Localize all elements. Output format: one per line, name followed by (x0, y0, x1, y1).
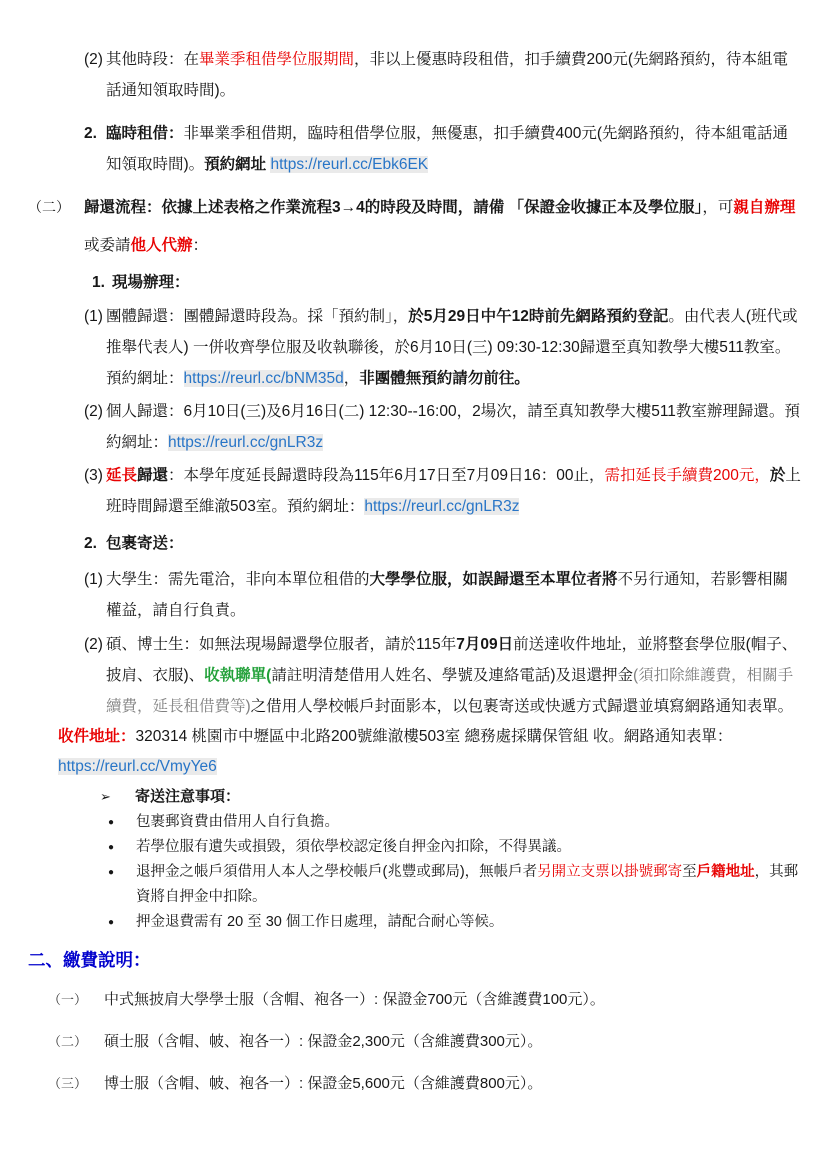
list-marker: 1. (92, 267, 112, 298)
bullet-icon: ● (108, 810, 136, 835)
list-marker: （二） (48, 1026, 104, 1057)
text-run-red-bold: 親自辦理 (733, 199, 795, 216)
heading-parcel-shipping: 2.包裹寄送： (0, 528, 801, 559)
heading-return-process: （二）歸還流程：依據上述表格之作業流程3→4的時段及時間，請備 「保證金收據正本… (0, 188, 801, 265)
list-marker: (2) (84, 44, 106, 75)
text-run: 320314 桃園市中壢區中北路200號維澈樓503室 總務處採購保管組 收。網… (136, 728, 733, 745)
heading-onsite-handling: 1.現場辦理： (0, 267, 801, 298)
text-run-red-bold: 他人代辦 (131, 237, 193, 254)
text-run-bold: 二、繳費說明： (28, 950, 151, 970)
text-run: 若學位服有遺失或損毀，須依學校認定後自押金內扣除，不得異議。 (136, 839, 571, 855)
list-marker: （三） (48, 1068, 104, 1099)
text-run: ： (193, 237, 209, 254)
text-run-red: 畢業季租借學位服期間 (199, 51, 354, 68)
para-undergrad: (1)大學生：需先電洽，非向本單位租借的大學學位服，如誤歸還至本單位者將不另行通… (0, 564, 801, 626)
para-grad-phd: (2)碩、博士生：如無法現場歸還學位服者，請於115年7月09日前送達收件地址，… (0, 629, 801, 722)
text-run: 團體歸還：團體歸還時段為。採「預約制」， (106, 308, 408, 325)
text-run: 其他時段：在 (106, 51, 199, 68)
fee-bachelor: （一）中式無披肩大學學士服（含帽、袍各一）: 保證金700元（含維護費100元）… (0, 984, 801, 1015)
text-run: 退押金之帳戶須借用人本人之學校帳戶(兆豐或郵局)，無帳戶者 (136, 864, 537, 880)
text-run-bold: 預約網址 (204, 156, 270, 173)
link-extended-return-reservation[interactable]: https://reurl.cc/gnLR3z (364, 498, 519, 515)
text-run-bold: 於 (770, 467, 786, 484)
link-group-return-reservation[interactable]: https://reurl.cc/bNM35d (184, 370, 344, 387)
text-run: ， (344, 370, 360, 387)
para-extended-return: (3)延長歸還：本學年度延長歸還時段為115年6月17日至7月09日16：00止… (0, 460, 801, 522)
list-marker: (1) (84, 301, 106, 332)
text-run-bold: 寄送注意事項： (135, 788, 240, 805)
text-run-bold: 包裹寄送： (106, 535, 184, 552)
list-marker: (1) (84, 564, 106, 595)
text-run: 包裹郵資費由借用人自行負擔。 (136, 814, 339, 830)
text-run-red: 需扣延長手續費200元， (604, 467, 769, 484)
text-run-bold: 於5月29日中午12時前先網路預約登記 (408, 308, 668, 325)
bullet-refund-account: ●退押金之帳戶須借用人本人之學校帳戶(兆豐或郵局)，無帳戶者另開立支票以掛號郵寄… (0, 860, 801, 910)
text-run-bold: 大學學位服，如誤歸還至本單位者將 (370, 571, 618, 588)
text-run: ：本學年度延長歸還時段為115年6月17日至7月09日16：00止， (168, 467, 604, 484)
document-body: (2)其他時段：在畢業季租借學位服期間，非以上優惠時段租借，扣手續費200元(先… (0, 0, 827, 1099)
text-run: 請註明清楚借用人姓名、學號及連絡電話)及退還押金 (271, 667, 633, 684)
text-run: 博士服（含帽、帔、袍各一）: 保證金5,600元（含維護費800元）。 (104, 1075, 542, 1092)
text-run: 押金退費需有 20 至 30 個工作日處理，請配合耐心等候。 (136, 914, 503, 930)
list-marker: (3) (84, 460, 106, 491)
text-run: ，可 (702, 199, 733, 216)
list-marker: (2) (84, 629, 106, 660)
text-run-bold: 歸還 (137, 467, 168, 484)
bullet-icon: ● (108, 835, 136, 860)
link-temp-rental-reservation[interactable]: https://reurl.cc/Ebk6EK (270, 156, 428, 173)
text-run-bold: 現場辦理： (112, 274, 190, 291)
bullet-icon: ● (108, 860, 136, 885)
list-marker: 2. (84, 528, 106, 559)
text-run: 大學生：需先電洽，非向本單位租借的 (106, 571, 370, 588)
link-individual-return-reservation[interactable]: https://reurl.cc/gnLR3z (168, 434, 323, 451)
bullet-icon: ● (108, 910, 136, 935)
text-run-bold: 非團體無預約請勿前往。 (359, 370, 530, 387)
text-run-bold: 7月09日 (456, 636, 513, 653)
heading-payment: 二、繳費說明： (28, 945, 801, 975)
text-run: 或委請 (84, 237, 131, 254)
text-run: 中式無披肩大學學士服（含帽、袍各一）: 保證金700元（含維護費100元）。 (104, 991, 605, 1008)
text-run-green-bold: 收執聯單( (204, 667, 271, 684)
arrow-bullet-icon: ➢ (100, 784, 135, 810)
para-individual-return: (2)個人歸還：6月10日(三)及6月16日(二) 12:30--16:00，2… (0, 396, 801, 458)
text-run-bold: 臨時租借： (106, 125, 184, 142)
text-run-red-bold: 戶籍地址 (697, 864, 755, 880)
link-online-notification-form[interactable]: https://reurl.cc/VmyYe6 (58, 758, 217, 775)
document-page: (2)其他時段：在畢業季租借學位服期間，非以上優惠時段租借，扣手續費200元(先… (0, 0, 827, 1170)
bullet-refund-processing: ●押金退費需有 20 至 30 個工作日處理，請配合耐心等候。 (0, 910, 801, 935)
list-marker: (2) (84, 396, 106, 427)
text-run: 之借用人學校帳戶封面影本，以包裹寄送或快遞方式歸還並填寫網路通知表單。 (251, 698, 794, 715)
para-temp-rental: 2.臨時租借：非畢業季租借期，臨時租借學位服，無優惠，扣手續費400元(先網路預… (0, 118, 801, 180)
text-run-red-bold: 延長 (106, 467, 137, 484)
text-run-red-bold: 收件地址： (58, 728, 136, 745)
section-marker: （二） (28, 188, 84, 226)
fee-doctoral: （三）博士服（含帽、帔、袍各一）: 保證金5,600元（含維護費800元）。 (0, 1068, 801, 1099)
list-marker: 2. (84, 118, 106, 149)
text-run-red: 另開立支票以掛號郵寄 (537, 864, 682, 880)
heading-shipping-notes: ➢寄送注意事項： (0, 784, 801, 810)
bullet-loss-damage: ●若學位服有遺失或損毀，須依學校認定後自押金內扣除，不得異議。 (0, 835, 801, 860)
text-run: 碩士服（含帽、帔、袍各一）: 保證金2,300元（含維護費300元）。 (104, 1033, 542, 1050)
para-mailing-address: 收件地址：320314 桃園市中壢區中北路200號維澈樓503室 總務處採購保管… (0, 722, 801, 782)
para-group-return: (1)團體歸還：團體歸還時段為。採「預約制」，於5月29日中午12時前先網路預約… (0, 301, 801, 394)
para-other-timeslot: (2)其他時段：在畢業季租借學位服期間，非以上優惠時段租借，扣手續費200元(先… (0, 44, 801, 106)
bullet-postage: ●包裹郵資費由借用人自行負擔。 (0, 810, 801, 835)
list-marker: （一） (48, 984, 104, 1015)
text-run-bold: 歸還流程：依據上述表格之作業流程3→4的時段及時間，請備 「保證金收據正本及學位… (84, 199, 702, 216)
fee-master: （二）碩士服（含帽、帔、袍各一）: 保證金2,300元（含維護費300元）。 (0, 1026, 801, 1057)
text-run: 至 (682, 864, 697, 880)
text-run: 碩、博士生：如無法現場歸還學位服者，請於115年 (106, 636, 456, 653)
